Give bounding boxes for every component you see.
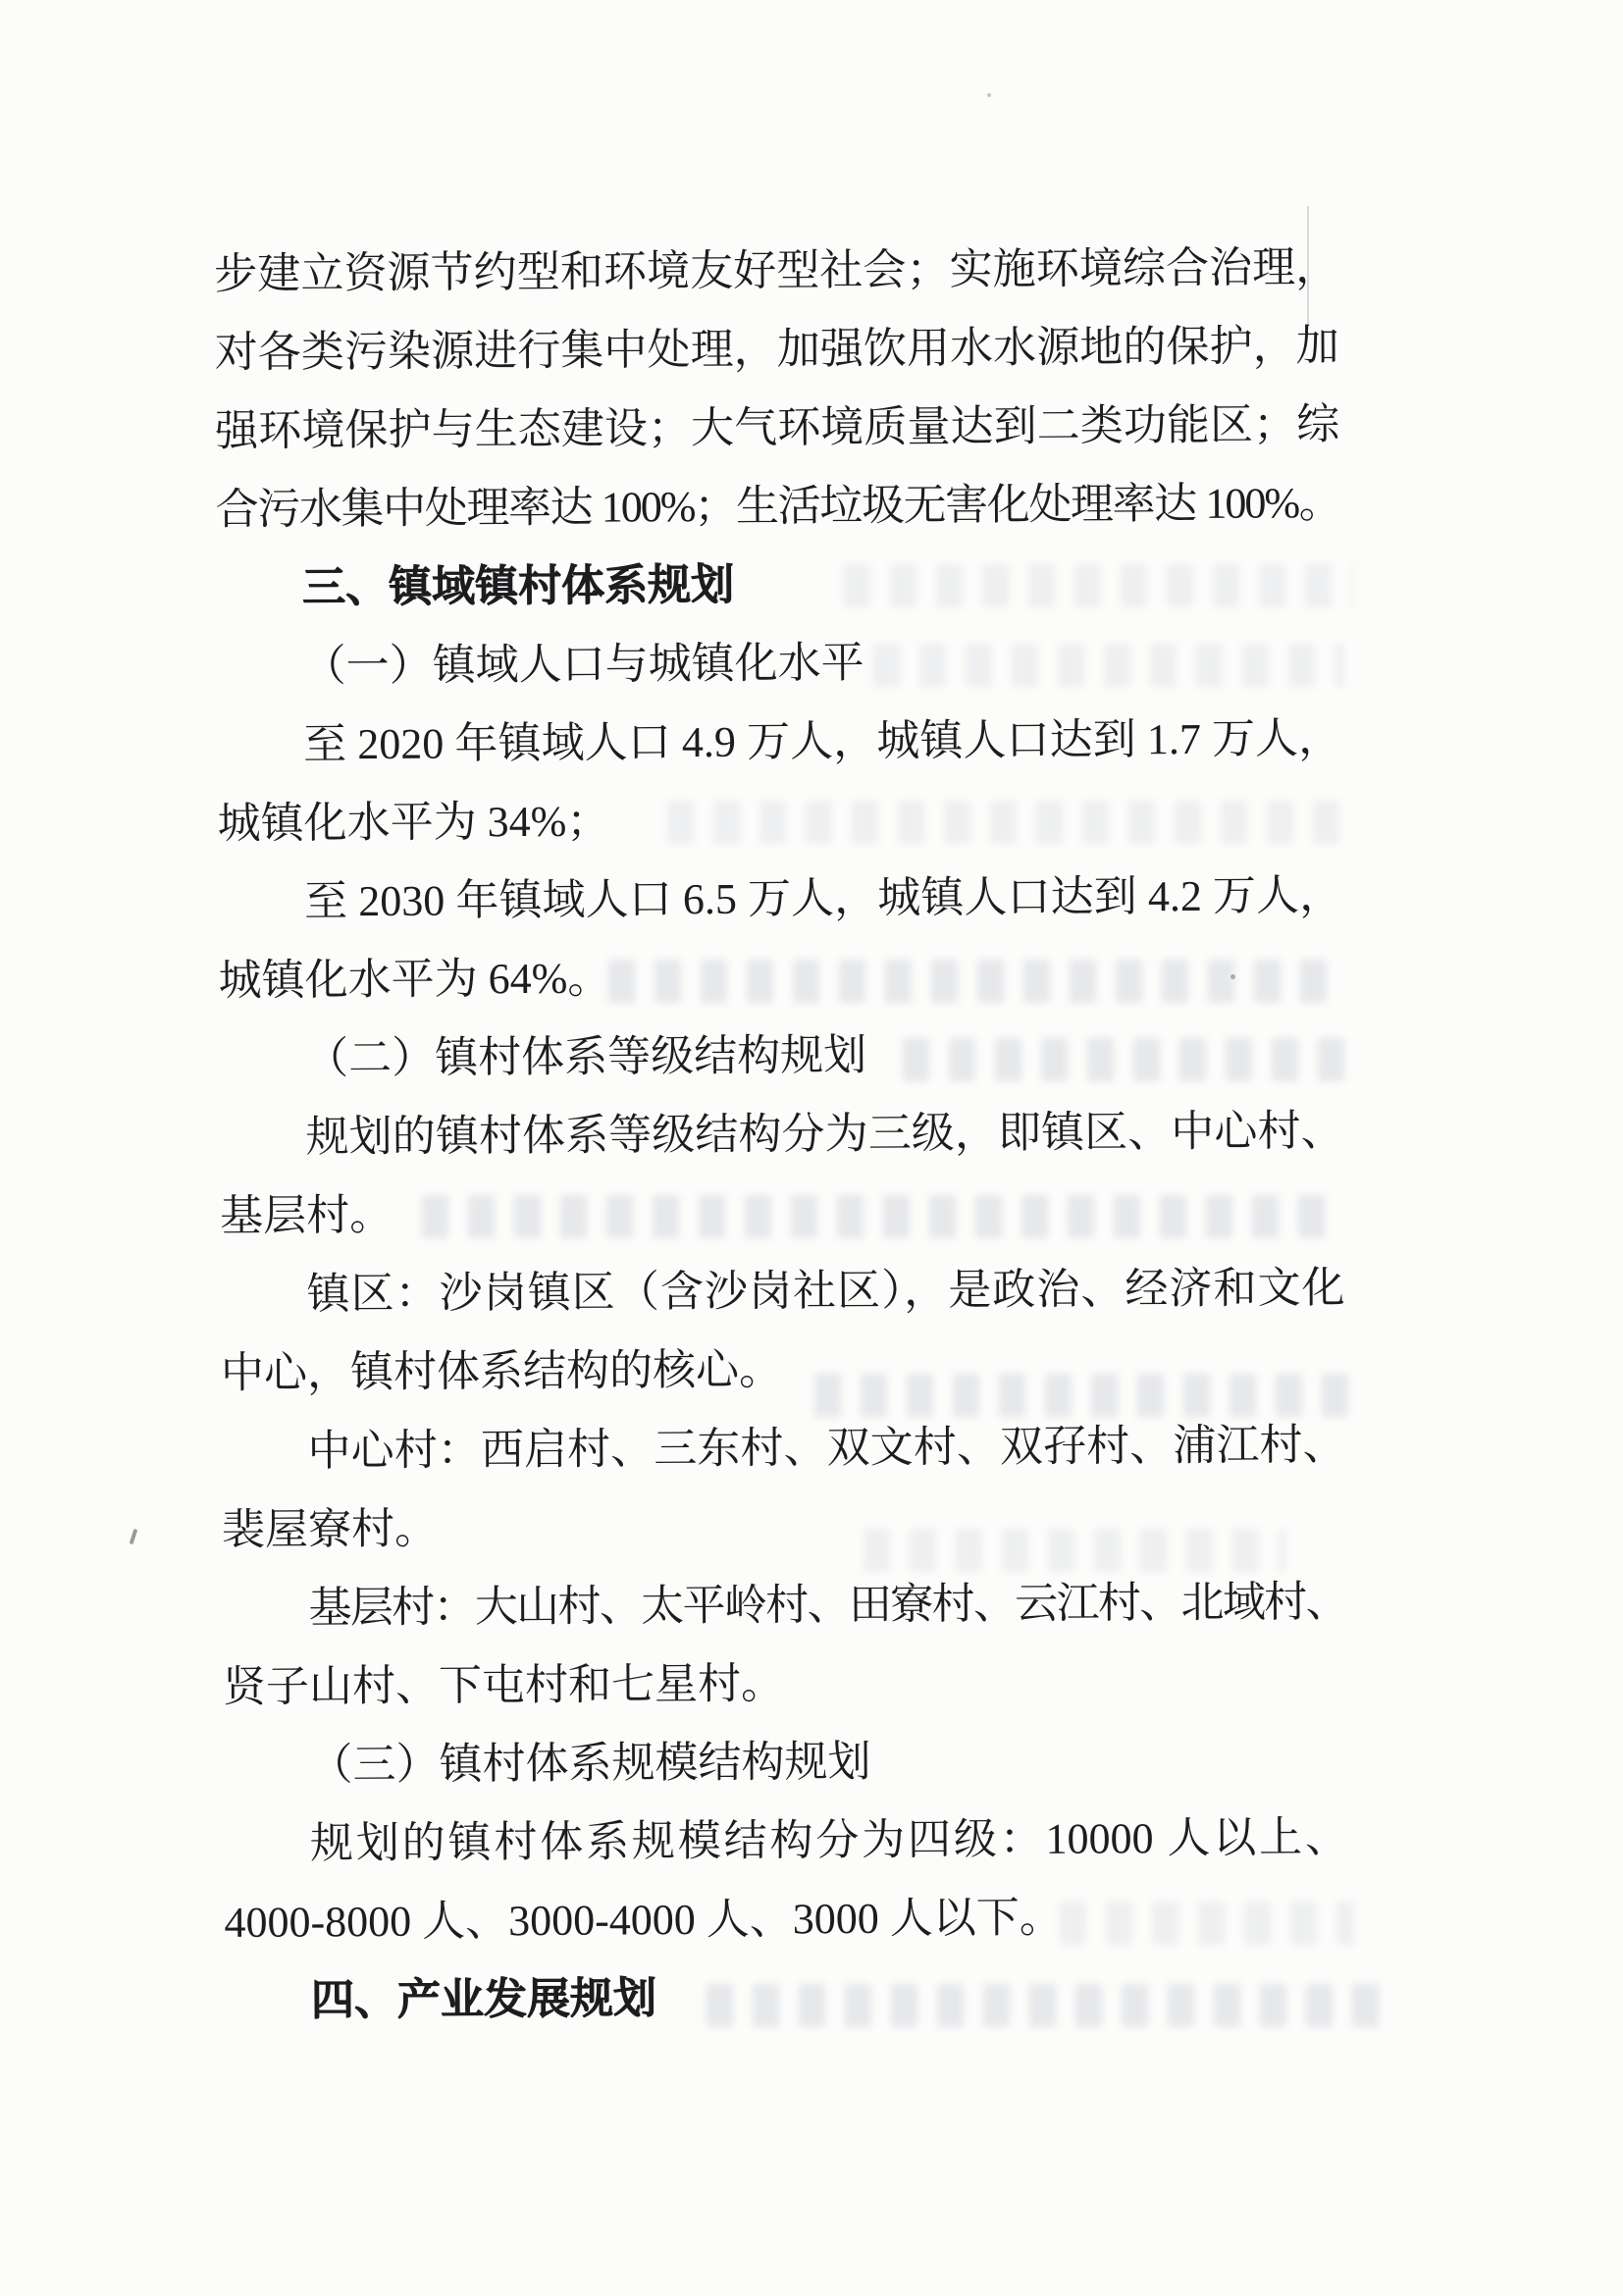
subheading-line: （三）镇村体系规模结构规划 (223, 1720, 1347, 1805)
heading-section-four: 四、产业发展规划 (225, 1956, 1349, 2041)
paragraph-2030-population: 至 2030 年镇域人口 6.5 万人，城镇人口达到 4.2 万人， 城镇化水平… (218, 857, 1343, 1020)
scan-speck (987, 93, 991, 97)
document-text: 步建立资源节约型和环境友好型社会；实施环境综合治理， 对各类污染源进行集中处理，… (214, 229, 1349, 2041)
heading-section-three: 三、镇域镇村体系规划 (216, 543, 1340, 628)
text-line: 至 2030 年镇域人口 6.5 万人，城镇人口达到 4.2 万人， (218, 857, 1342, 942)
text-line: 基层村：大山村、太平岭村、田寮村、云江村、北域村、 (222, 1563, 1346, 1648)
paragraph-scale-levels: 规划的镇村体系规模结构分为四级：10000 人以上、 4000-8000 人、3… (224, 1799, 1349, 1962)
text-line: 城镇化水平为 34%； (217, 778, 1341, 863)
text-line: 贤子山村、下屯村和七星村。 (223, 1642, 1347, 1727)
paragraph-hierarchy-levels: 规划的镇村体系等级结构分为三级，即镇区、中心村、 基层村。 (219, 1092, 1344, 1256)
paragraph-2020-population: 至 2020 年镇域人口 4.9 万人，城镇人口达到 1.7 万人， 城镇化水平… (217, 700, 1342, 863)
subheading-population-urbanization: （一）镇域人口与城镇化水平 (216, 621, 1340, 706)
text-line: 城镇化水平为 64%。 (218, 935, 1342, 1020)
section-heading-line: 四、产业发展规划 (225, 1956, 1349, 2041)
subheading-line: （二）镇村体系等级结构规划 (219, 1014, 1343, 1099)
text-line: 合污水集中处理率达 100%；生活垃圾无害化处理率达 100%。 (215, 464, 1339, 549)
paragraph-central-villages: 中心村：西启村、三东村、双文村、双孖村、浦江村、 裴屋寮村。 (221, 1406, 1346, 1570)
subheading-line: （一）镇域人口与城镇化水平 (216, 621, 1340, 706)
paragraph-env-protection: 步建立资源节约型和环境友好型社会；实施环境综合治理， 对各类污染源进行集中处理，… (214, 229, 1340, 549)
text-line: 规划的镇村体系规模结构分为四级：10000 人以上、 (224, 1799, 1348, 1884)
text-line: 裴屋寮村。 (222, 1485, 1346, 1570)
text-line: 强环境保护与生态建设；大气环境质量达到二类功能区；综 (215, 386, 1339, 471)
text-line: 中心，镇村体系结构的核心。 (221, 1328, 1345, 1413)
text-line: 基层村。 (220, 1171, 1344, 1256)
scanned-document-page: 步建立资源节约型和环境友好型社会；实施环境综合治理， 对各类污染源进行集中处理，… (0, 0, 1623, 2296)
text-line: 4000-8000 人、3000-4000 人、3000 人以下。 (224, 1877, 1348, 1962)
subheading-hierarchy-structure: （二）镇村体系等级结构规划 (219, 1014, 1343, 1099)
section-heading-line: 三、镇域镇村体系规划 (216, 543, 1340, 628)
paragraph-base-villages: 基层村：大山村、太平岭村、田寮村、云江村、北域村、 贤子山村、下屯村和七星村。 (222, 1563, 1347, 1727)
text-line: 至 2020 年镇域人口 4.9 万人，城镇人口达到 1.7 万人， (217, 700, 1341, 785)
paragraph-town-area: 镇区：沙岗镇区（含沙岗社区），是政治、经济和文化 中心，镇村体系结构的核心。 (220, 1249, 1345, 1413)
scan-speck (130, 1529, 138, 1544)
text-line: 中心村：西启村、三东村、双文村、双孖村、浦江村、 (221, 1406, 1345, 1491)
text-line: 对各类污染源进行集中处理，加强饮用水水源地的保护，加 (214, 307, 1338, 392)
text-line: 镇区：沙岗镇区（含沙岗社区），是政治、经济和文化 (220, 1249, 1344, 1334)
text-line: 步建立资源节约型和环境友好型社会；实施环境综合治理， (214, 229, 1338, 314)
text-line: 规划的镇村体系等级结构分为三级，即镇区、中心村、 (219, 1092, 1343, 1177)
subheading-scale-structure: （三）镇村体系规模结构规划 (223, 1720, 1347, 1805)
